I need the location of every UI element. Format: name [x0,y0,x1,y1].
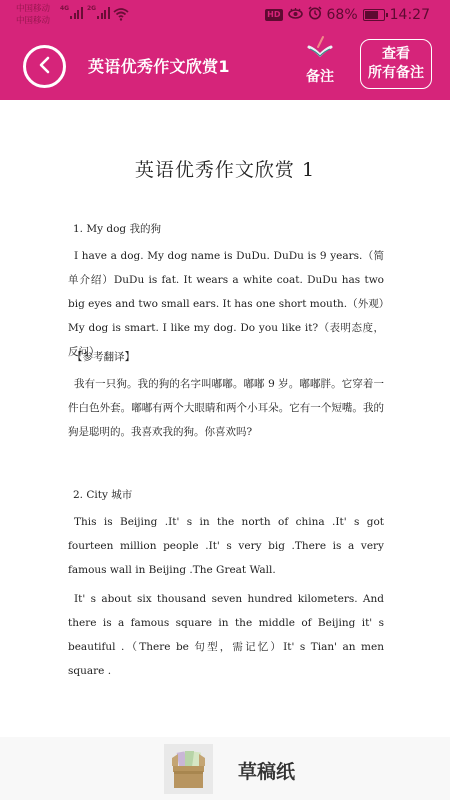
pen-book-icon [305,35,335,63]
alarm-icon [308,6,322,24]
wifi-icon [113,6,129,25]
status-right-group: HD 68% 14:27 [265,6,430,24]
battery-percent: 68% [327,7,358,23]
carrier-2: 中国移动 [16,15,50,27]
section-heading: 2. City 城市 [73,487,132,502]
battery-icon [363,9,385,21]
signal-icon: 2G [87,5,111,19]
view-all-notes-button[interactable]: 查看 所有备注 [360,39,432,89]
section-paragraph: I have a dog. My dog name is DuDu. DuDu … [68,244,384,364]
cardboard-box-icon [164,744,213,794]
reference-translation-label: 【参考翻译】 [72,349,135,364]
section-heading: 1. My dog 我的狗 [73,221,161,236]
document-title: 英语优秀作文欣赏 1 [0,155,450,182]
carrier-names: 中国移动 中国移动 [16,3,50,27]
app-header: 英语优秀作文欣赏1 备注 查看 所有备注 [0,32,450,100]
note-button[interactable]: 备注 [297,35,343,91]
section-paragraph: It' s about six thousand seven hundred k… [68,587,384,683]
document-content[interactable]: 英语优秀作文欣赏 1 1. My dog 我的狗 I have a dog. M… [0,100,450,737]
scratch-paper-bar[interactable]: 草稿纸 [0,737,450,800]
chevron-left-icon [37,56,53,78]
status-bar: 中国移动 中国移动 4G 2G HD 68% 14:27 [0,0,450,32]
hd-icon: HD [265,9,282,21]
note-button-label: 备注 [306,66,334,86]
scratch-paper-label: 草稿纸 [238,757,295,784]
carrier-1: 中国移动 [16,3,50,15]
eye-icon [288,7,303,23]
translation-paragraph: 我有一只狗。我的狗的名字叫嘟嘟。嘟嘟 9 岁。嘟嘟胖。它穿着一件白色外套。嘟嘟有… [68,372,384,444]
view-all-notes-line2: 所有备注 [361,64,431,83]
section-paragraph: This is Beijing .It' s in the north of c… [68,510,384,582]
view-all-notes-line1: 查看 [361,45,431,64]
clock-time: 14:27 [390,7,430,23]
page-title: 英语优秀作文欣赏1 [88,54,230,77]
signal-icon: 4G [60,5,84,19]
back-button[interactable] [23,45,66,88]
